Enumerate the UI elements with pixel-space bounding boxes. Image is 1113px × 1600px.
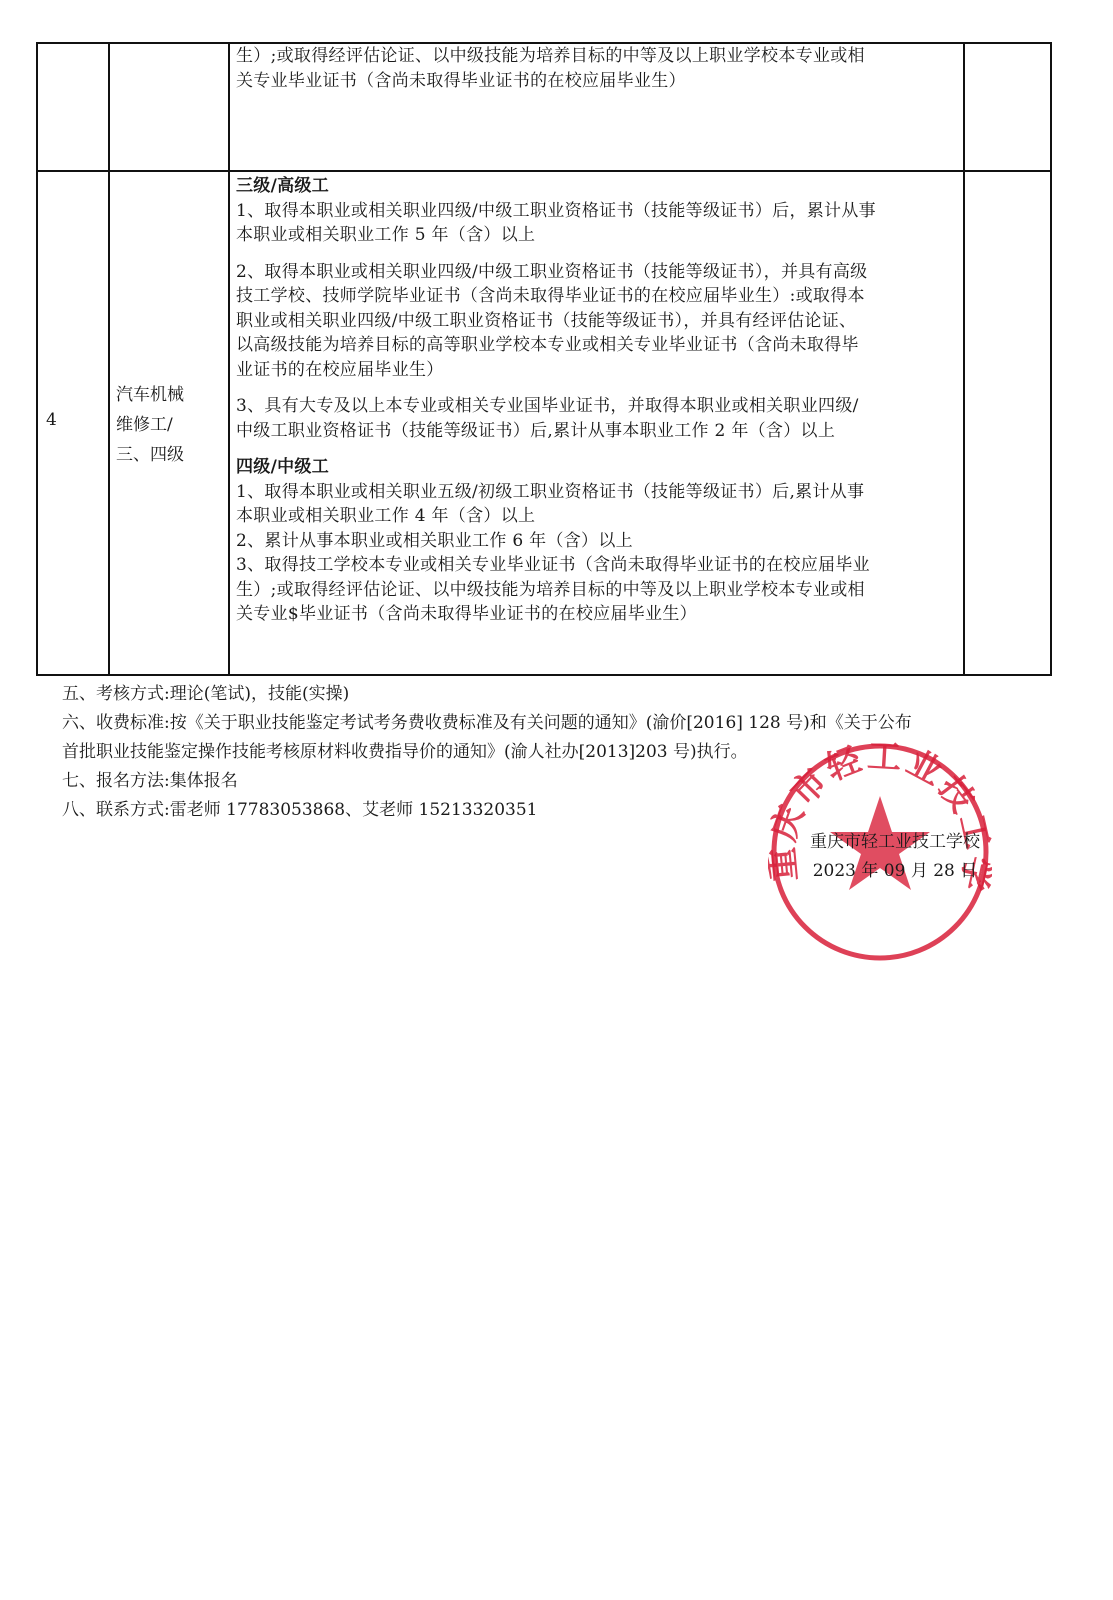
text-line: 生）;或取得经评估论证、以中级技能为培养目标的中等及以上职业学校本专业或相 bbox=[236, 44, 968, 69]
text-line: 1、取得本职业或相关职业四级/中级工职业资格证书（技能等级证书）后，累计从事 bbox=[236, 199, 968, 224]
row-number: 4 bbox=[46, 410, 57, 430]
text-line: 技工学校、技师学院毕业证书（含尚未取得毕业证书的在校应届毕业生）:或取得本 bbox=[236, 284, 968, 309]
text-line: 2、取得本职业或相关职业四级/中级工职业资格证书（技能等级证书），并具有高级 bbox=[236, 260, 968, 285]
fee-standard-line1: 六、收费标准:按《关于职业技能鉴定考试考务费收费标准及有关问题的通知》(渝价[2… bbox=[62, 709, 1062, 738]
occupation-line: 维修工/ bbox=[116, 410, 226, 440]
text-line: 职业或相关职业四级/中级工职业资格证书（技能等级证书），并具有经评估论证、 bbox=[236, 309, 968, 334]
text-line: 3、具有大专及以上本专业或相关专业国毕业证书，并取得本职业或相关职业四级/ bbox=[236, 394, 968, 419]
text-line: 关专业$毕业证书（含尚未取得毕业证书的在校应届毕业生） bbox=[236, 602, 968, 627]
column-divider-2 bbox=[228, 42, 230, 676]
assessment-method: 五、考核方式:理论(笔试)，技能(实操) bbox=[62, 680, 1062, 709]
issuing-organization: 重庆市轻工业技工学校 bbox=[790, 828, 1000, 857]
occupation-line: 汽车机械 bbox=[116, 380, 226, 410]
occupation-cell: 汽车机械 维修工/ 三、四级 bbox=[116, 380, 226, 470]
text-line: 业证书的在校应届毕业生） bbox=[236, 358, 968, 383]
requirements-table: 生）;或取得经评估论证、以中级技能为培养目标的中等及以上职业学校本专业或相 关专… bbox=[36, 42, 1052, 676]
text-line: 以高级技能为培养目标的高等职业学校本专业或相关专业毕业证书（含尚未取得毕 bbox=[236, 333, 968, 358]
table-border-bottom bbox=[36, 674, 1052, 676]
column-divider-1 bbox=[108, 42, 110, 676]
continued-requirements-cell: 生）;或取得经评估论证、以中级技能为培养目标的中等及以上职业学校本专业或相 关专… bbox=[236, 44, 968, 93]
text-line: 中级工职业资格证书（技能等级证书）后,累计从事本职业工作 2 年（含）以上 bbox=[236, 419, 968, 444]
text-line: 1、取得本职业或相关职业五级/初级工职业资格证书（技能等级证书）后,累计从事 bbox=[236, 480, 968, 505]
table-border-right bbox=[1050, 42, 1052, 676]
row-divider bbox=[36, 170, 1052, 172]
document-page: 生）;或取得经评估论证、以中级技能为培养目标的中等及以上职业学校本专业或相 关专… bbox=[0, 0, 1113, 1600]
text-line: 关专业毕业证书（含尚未取得毕业证书的在校应届毕业生） bbox=[236, 69, 968, 94]
text-line: 生）;或取得经评估论证、以中级技能为培养目标的中等及以上职业学校本专业或相 bbox=[236, 578, 968, 603]
occupation-line: 三、四级 bbox=[116, 440, 226, 470]
text-line: 3、取得技工学校本专业或相关专业毕业证书（含尚未取得毕业证书的在校应届毕业 bbox=[236, 553, 968, 578]
text-line: 2、累计从事本职业或相关职业工作 6 年（含）以上 bbox=[236, 529, 968, 554]
text-line: 本职业或相关职业工作 5 年（含）以上 bbox=[236, 223, 968, 248]
issue-date: 2023 年 09 月 28 日 bbox=[790, 857, 1000, 886]
signature-block: 重庆市轻工业技工学校 2023 年 09 月 28 日 bbox=[790, 828, 1000, 886]
text-line: 本职业或相关职业工作 4 年（含）以上 bbox=[236, 504, 968, 529]
requirements-cell: 三级/高级工 1、取得本职业或相关职业四级/中级工职业资格证书（技能等级证书）后… bbox=[236, 174, 968, 627]
level-heading: 四级/中级工 bbox=[236, 455, 968, 480]
level-heading: 三级/高级工 bbox=[236, 174, 968, 199]
table-border-left bbox=[36, 42, 38, 676]
